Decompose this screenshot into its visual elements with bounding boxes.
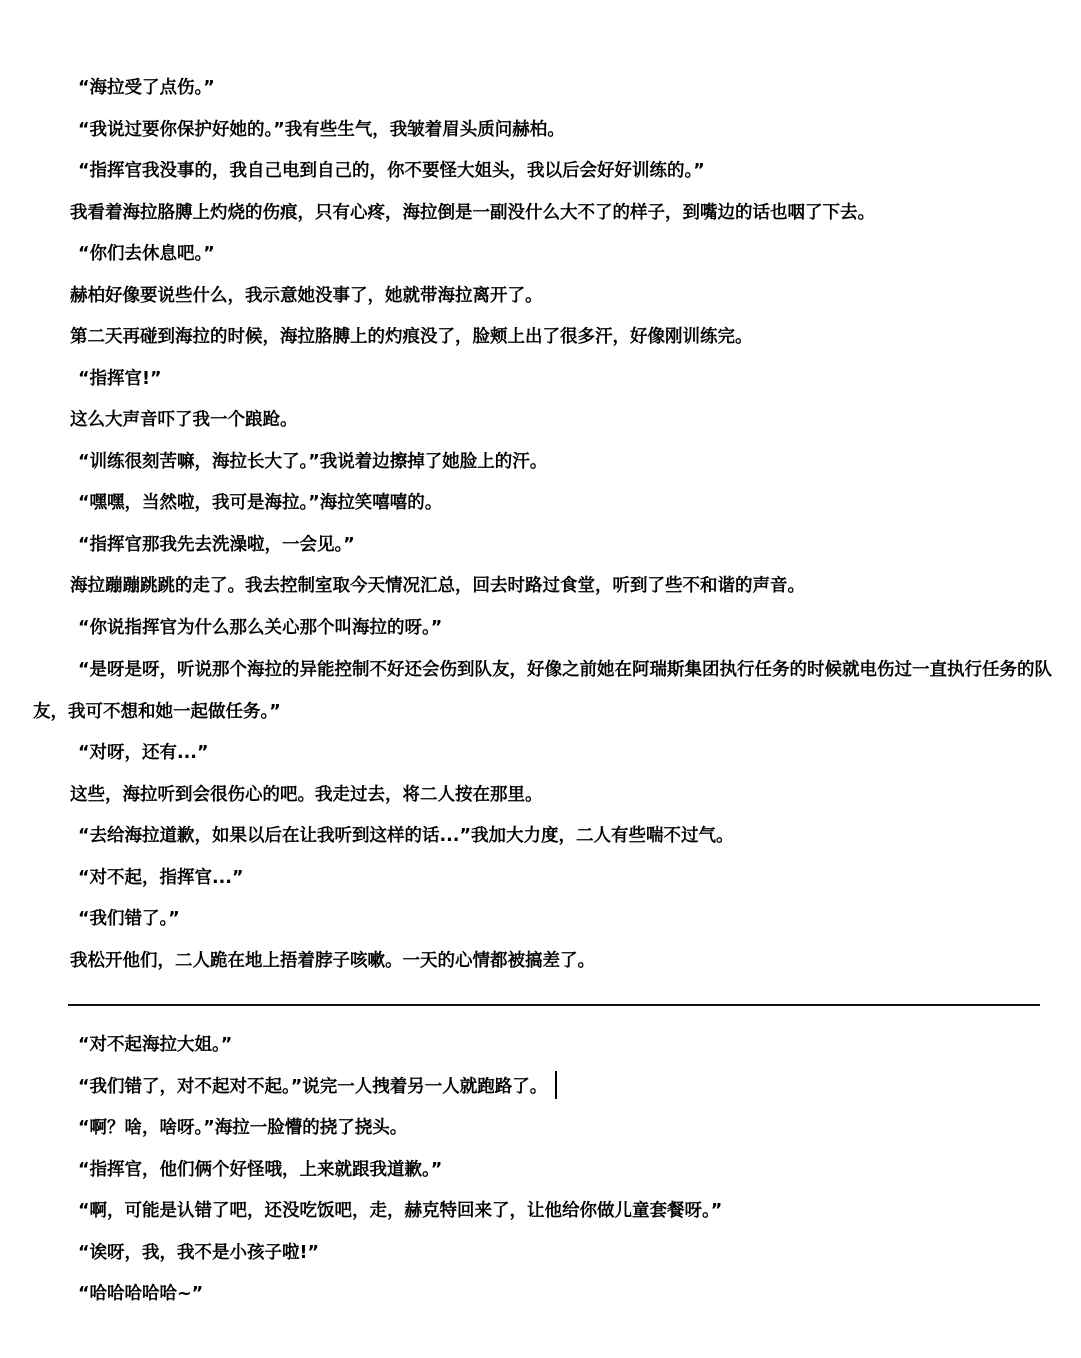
paragraph: 赫柏好像要说些什么，我示意她没事了，她就带海拉离开了。: [70, 276, 1050, 318]
paragraph: “嘿嘿，当然啦，我可是海拉。”海拉笑嘻嘻的。: [78, 483, 1058, 525]
paragraph: “诶呀，我，我不是小孩子啦!”: [78, 1233, 1058, 1275]
paragraph: “指挥官我没事的，我自己电到自己的，你不要怪大姐头，我以后会好好训练的。”: [78, 151, 1058, 193]
paragraph: “你说指挥官为什么那么关心那个叫海拉的呀。”: [78, 608, 1058, 650]
paragraph: “对呀，还有...”: [78, 733, 1058, 775]
paragraph: 海拉蹦蹦跳跳的走了。我去控制室取今天情况汇总，回去时路过食堂，听到了些不和谐的声…: [70, 566, 1050, 608]
paragraph: “对不起，指挥官...”: [78, 858, 1058, 900]
paragraph: 第二天再碰到海拉的时候，海拉胳膊上的灼痕没了，脸颊上出了很多汗，好像刚训练完。: [70, 317, 1050, 359]
paragraph: “指挥官，他们俩个好怪哦，上来就跟我道歉。”: [78, 1150, 1058, 1192]
paragraph: “啊？啥，啥呀。”海拉一脸懵的挠了挠头。: [78, 1108, 1058, 1150]
paragraph: 我看着海拉胳膊上灼烧的伤痕，只有心疼，海拉倒是一副没什么大不了的样子，到嘴边的话…: [70, 193, 1050, 235]
paragraph: “啊，可能是认错了吧，还没吃饭吧，走，赫克特回来了，让他给你做儿童套餐呀。”: [78, 1191, 1058, 1233]
paragraph: “海拉受了点伤。”: [78, 68, 1058, 110]
section-divider: [68, 1004, 1040, 1006]
paragraph: 这些，海拉听到会很伤心的吧。我走过去，将二人按在那里。: [70, 775, 1050, 817]
document-page: “海拉受了点伤。” “我说过要你保护好她的。”我有些生气，我皱着眉头质问赫柏。 …: [0, 0, 1081, 1358]
paragraph: “我们错了。”: [78, 899, 1058, 941]
paragraph: “指挥官!”: [78, 359, 1058, 401]
paragraph: 我松开他们，二人跪在地上捂着脖子咳嗽。一天的心情都被搞差了。: [70, 941, 1050, 983]
paragraph: “指挥官那我先去洗澡啦，一会见。”: [78, 525, 1058, 567]
paragraph: “哈哈哈哈哈~”: [78, 1274, 1058, 1316]
paragraph: “去给海拉道歉，如果以后在让我听到这样的话...”我加大力度，二人有些喘不过气。: [78, 816, 1058, 858]
paragraph-text: “我们错了，对不起对不起。”说完一人拽着另一人就跑路了。: [78, 1077, 547, 1097]
paragraph-wrapped: “是呀是呀，听说那个海拉的异能控制不好还会伤到队友，好像之前她在阿瑞斯集团执行任…: [33, 650, 1053, 733]
paragraph: 这么大声音吓了我一个踉跄。: [70, 400, 1050, 442]
paragraph-with-cursor[interactable]: “我们错了，对不起对不起。”说完一人拽着另一人就跑路了。: [78, 1067, 1058, 1109]
text-cursor: [555, 1071, 557, 1099]
paragraph: “我说过要你保护好她的。”我有些生气，我皱着眉头质问赫柏。: [78, 110, 1058, 152]
paragraph: “对不起海拉大姐。”: [78, 1025, 1058, 1067]
paragraph: “训练很刻苦嘛，海拉长大了。”我说着边擦掉了她脸上的汗。: [78, 442, 1058, 484]
paragraph: “你们去休息吧。”: [78, 234, 1058, 276]
